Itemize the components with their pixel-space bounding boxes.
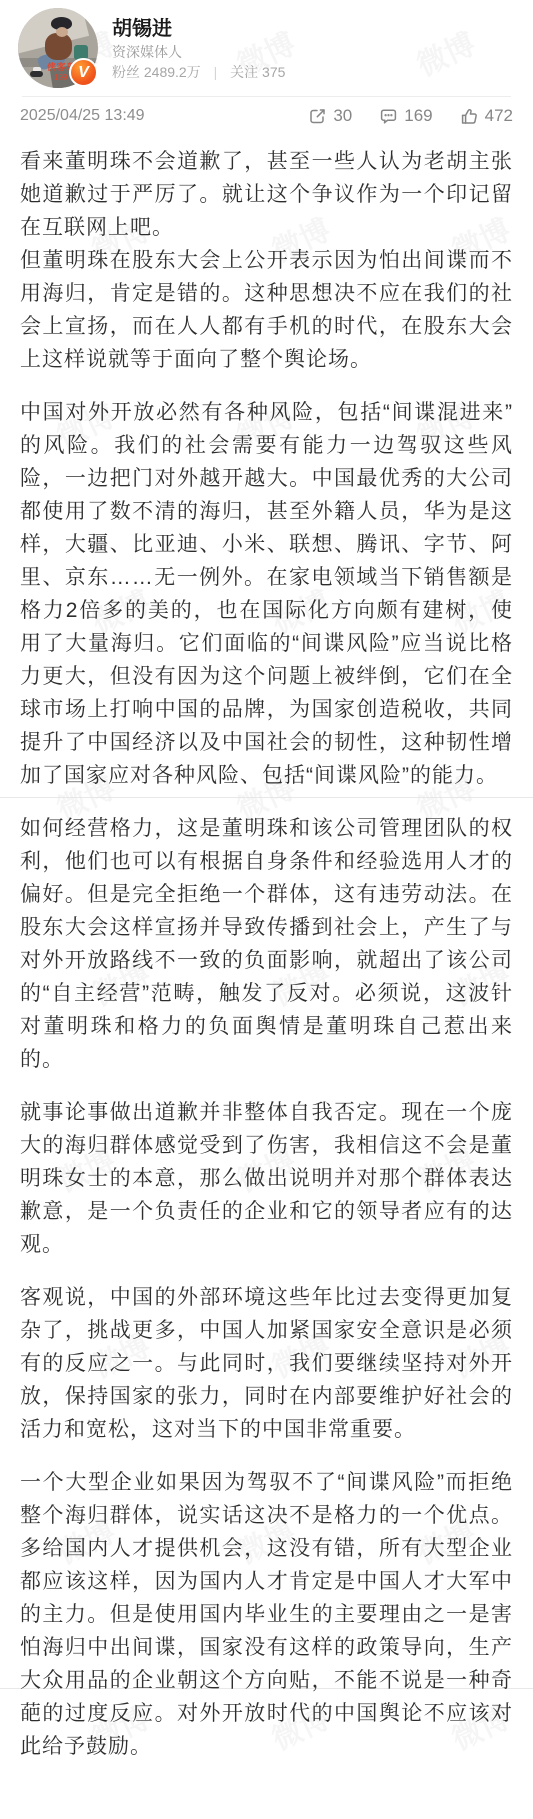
header-divider: [22, 96, 511, 97]
post-paragraph: 客观说，中国的外部环境这些年比过去变得更加复杂了，挑战更多，中国人加紧国家安全意…: [20, 1281, 513, 1446]
post-body: 看来董明珠不会道歉了，甚至一些人认为老胡主张她道歉过于严厉了。就让这个争议作为一…: [20, 145, 513, 1763]
engagement-stats: 30 169 472: [308, 106, 513, 126]
stats-separator: |: [214, 64, 218, 80]
avatar-art: [45, 33, 72, 60]
comment-count: 169: [404, 106, 432, 126]
thumbs-up-icon: [460, 107, 479, 126]
followers-label[interactable]: 粉丝: [112, 64, 140, 80]
followers-count[interactable]: 2489.2万: [144, 64, 201, 80]
comment-button[interactable]: 169: [379, 106, 432, 126]
avatar-art: [30, 71, 43, 77]
profile-description: 资深媒体人: [112, 42, 182, 62]
repost-icon: [308, 107, 327, 126]
following-count[interactable]: 375: [262, 64, 285, 80]
post-timestamp: 2025/04/25 13:49: [20, 107, 145, 125]
repost-button[interactable]: 30: [308, 106, 352, 126]
post-paragraph: 看来董明珠不会道歉了，甚至一些人认为老胡主张她道歉过于严厉了。就让这个争议作为一…: [20, 145, 513, 244]
post-meta-row: 2025/04/25 13:49 30 169: [20, 103, 513, 129]
profile-name[interactable]: 胡锡进: [112, 12, 172, 41]
weibo-post-page: 微博微博微博微博微博微博微博微博微博微博微博微博微博微博微博微博微博微博微博微博…: [0, 0, 533, 1819]
avatar-caption: 199: [54, 74, 67, 82]
profile-stats[interactable]: 粉丝 2489.2万 | 关注 375: [112, 62, 285, 82]
repost-count: 30: [333, 106, 352, 126]
post-paragraph: 就事论事做出道歉并非整体自我否定。现在一个庞大的海归群体感觉受到了伤害，我相信这…: [20, 1096, 513, 1261]
post-paragraph: 如何经营格力，这是董明珠和该公司管理团队的权利，他们也可以有根据自身条件和经验选…: [20, 812, 513, 1076]
post-paragraph: 一个大型企业如果因为驾驭不了“间谍风险”而拒绝整个海归群体，说实话这决不是格力的…: [20, 1466, 513, 1763]
comment-icon: [379, 107, 398, 126]
following-label[interactable]: 关注: [230, 64, 258, 80]
post-paragraph: 但董明珠在股东大会上公开表示因为怕出间谍而不用海归，肯定是错的。这种思想决不应在…: [20, 244, 513, 376]
weibo-watermark: 微博: [409, 19, 482, 84]
verified-badge-icon: V: [69, 58, 98, 87]
like-count: 472: [485, 106, 513, 126]
avatar-art: [56, 27, 68, 37]
post-paragraph: 中国对外开放必然有各种风险，包括“间谍混进来”的风险。我们的社会需要有能力一边驾…: [20, 396, 513, 792]
like-button[interactable]: 472: [460, 106, 513, 126]
